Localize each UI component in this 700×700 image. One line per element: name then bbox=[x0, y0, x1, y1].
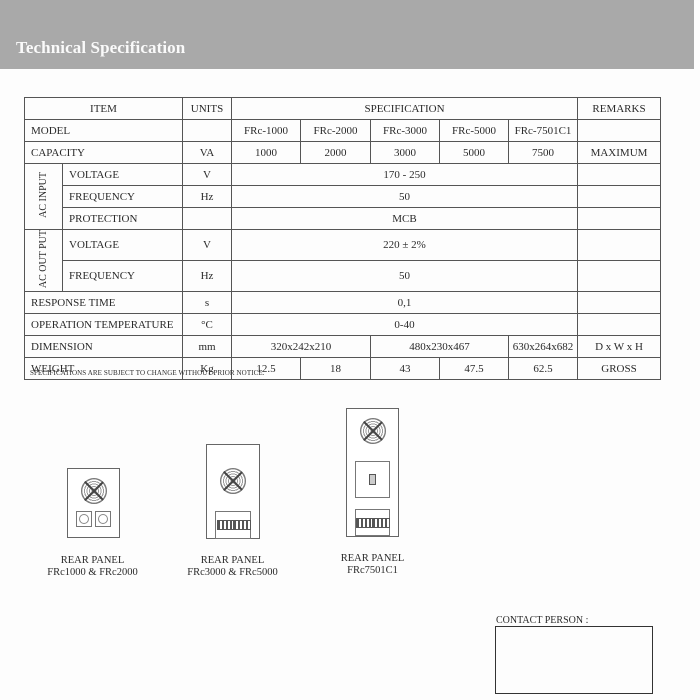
row-label: VOLTAGE bbox=[63, 230, 183, 261]
row-label: PROTECTION bbox=[63, 208, 183, 230]
row-unit: mm bbox=[183, 336, 232, 358]
cell: 50 bbox=[232, 186, 578, 208]
cell: 320x242x210 bbox=[232, 336, 371, 358]
row-unit: V bbox=[183, 230, 232, 261]
disclaimer-note: SPECIFICATIONS ARE SUBJECT TO CHANGE WIT… bbox=[30, 369, 265, 377]
rear-panel-caption-2: REAR PANEL FRc3000 & FRc5000 bbox=[170, 555, 295, 579]
table-row: OPERATION TEMPERATURE °C 0-40 bbox=[25, 314, 661, 336]
breaker-box bbox=[355, 461, 390, 498]
cell: MCB bbox=[232, 208, 578, 230]
row-label: FREQUENCY bbox=[63, 261, 183, 292]
cell: 7500 bbox=[509, 142, 578, 164]
terminal-icon bbox=[372, 518, 390, 528]
cell: 62.5 bbox=[509, 358, 578, 380]
header-units: UNITS bbox=[183, 98, 232, 120]
table-header-row: ITEM UNITS SPECIFICATION REMARKS bbox=[25, 98, 661, 120]
row-remark bbox=[578, 208, 661, 230]
row-unit bbox=[183, 208, 232, 230]
cell: 2000 bbox=[301, 142, 371, 164]
group-ac-input: AC INPUT bbox=[25, 164, 63, 230]
header-remarks: REMARKS bbox=[578, 98, 661, 120]
power-socket-icon bbox=[76, 511, 92, 527]
rear-panel-caption-1: REAR PANEL FRc1000 & FRc2000 bbox=[30, 555, 155, 579]
contact-person-box bbox=[495, 626, 653, 694]
group-ac-output: AC OUT PUT bbox=[25, 230, 63, 292]
cell: 480x230x467 bbox=[371, 336, 509, 358]
cell: 43 bbox=[371, 358, 440, 380]
table-row: PROTECTION MCB bbox=[25, 208, 661, 230]
row-label: RESPONSE TIME bbox=[25, 292, 183, 314]
table-row: MODEL FRc-1000 FRc-2000 FRc-3000 FRc-500… bbox=[25, 120, 661, 142]
row-label: OPERATION TEMPERATURE bbox=[25, 314, 183, 336]
cell: FRc-3000 bbox=[371, 120, 440, 142]
cell: FRc-1000 bbox=[232, 120, 301, 142]
cell: 220 ± 2% bbox=[232, 230, 578, 261]
power-socket-icon bbox=[95, 511, 111, 527]
row-remark: GROSS bbox=[578, 358, 661, 380]
row-unit: V bbox=[183, 164, 232, 186]
table-row: DIMENSION mm 320x242x210 480x230x467 630… bbox=[25, 336, 661, 358]
cell: 1000 bbox=[232, 142, 301, 164]
row-label: MODEL bbox=[25, 120, 183, 142]
table-row: FREQUENCY Hz 50 bbox=[25, 261, 661, 292]
row-remark: MAXIMUM bbox=[578, 142, 661, 164]
rear-panel-drawing-1 bbox=[67, 468, 120, 538]
cell: 18 bbox=[301, 358, 371, 380]
table-row: CAPACITY VA 1000 2000 3000 5000 7500 MAX… bbox=[25, 142, 661, 164]
terminal-icon bbox=[233, 520, 251, 530]
rear-panel-drawing-2 bbox=[206, 444, 260, 539]
terminal-block bbox=[355, 509, 390, 536]
rear-panel-drawing-3 bbox=[346, 408, 399, 537]
table-row: RESPONSE TIME s 0,1 bbox=[25, 292, 661, 314]
row-remark bbox=[578, 292, 661, 314]
rear-panel-caption-3: REAR PANEL FRc7501C1 bbox=[310, 553, 435, 577]
cell: FRc-5000 bbox=[440, 120, 509, 142]
header-item: ITEM bbox=[25, 98, 183, 120]
page-title: Technical Specification bbox=[16, 38, 185, 58]
cell: 170 - 250 bbox=[232, 164, 578, 186]
cell: 0-40 bbox=[232, 314, 578, 336]
fan-icon bbox=[360, 418, 386, 444]
cell: 50 bbox=[232, 261, 578, 292]
row-remark bbox=[578, 120, 661, 142]
row-unit: VA bbox=[183, 142, 232, 164]
row-unit: Hz bbox=[183, 261, 232, 292]
cell: 47.5 bbox=[440, 358, 509, 380]
table-row: AC INPUT VOLTAGE V 170 - 250 bbox=[25, 164, 661, 186]
header-specification: SPECIFICATION bbox=[232, 98, 578, 120]
row-remark bbox=[578, 164, 661, 186]
header-band: Technical Specification bbox=[0, 0, 694, 69]
row-remark bbox=[578, 186, 661, 208]
row-remark bbox=[578, 314, 661, 336]
cell: 630x264x682 bbox=[509, 336, 578, 358]
contact-person-label: CONTACT PERSON : bbox=[496, 615, 588, 626]
cell: 5000 bbox=[440, 142, 509, 164]
row-label: FREQUENCY bbox=[63, 186, 183, 208]
fan-icon bbox=[220, 468, 246, 494]
row-remark bbox=[578, 230, 661, 261]
row-remark: D x W x H bbox=[578, 336, 661, 358]
row-remark bbox=[578, 261, 661, 292]
row-label: DIMENSION bbox=[25, 336, 183, 358]
cell: 0,1 bbox=[232, 292, 578, 314]
row-unit: °C bbox=[183, 314, 232, 336]
table-row: FREQUENCY Hz 50 bbox=[25, 186, 661, 208]
terminal-block bbox=[215, 511, 251, 539]
cell: FRc-7501C1 bbox=[509, 120, 578, 142]
fan-icon bbox=[81, 478, 107, 504]
row-label: CAPACITY bbox=[25, 142, 183, 164]
spec-table: ITEM UNITS SPECIFICATION REMARKS MODEL F… bbox=[24, 97, 661, 380]
table-row: AC OUT PUT VOLTAGE V 220 ± 2% bbox=[25, 230, 661, 261]
cell: 3000 bbox=[371, 142, 440, 164]
switch-icon bbox=[369, 474, 376, 485]
row-unit: s bbox=[183, 292, 232, 314]
row-unit bbox=[183, 120, 232, 142]
row-label: VOLTAGE bbox=[63, 164, 183, 186]
row-unit: Hz bbox=[183, 186, 232, 208]
cell: FRc-2000 bbox=[301, 120, 371, 142]
